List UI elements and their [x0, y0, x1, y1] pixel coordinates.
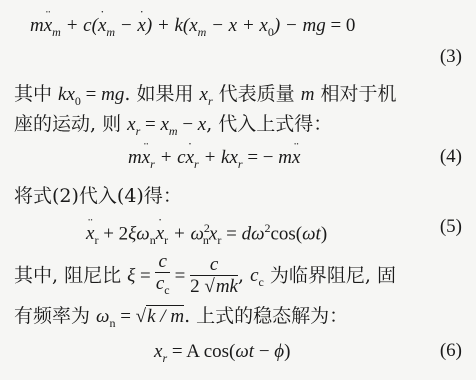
equation-4: mxr + cxr + kxr = − mx	[128, 146, 300, 176]
text-line-4: 其中, 阻尼比 ξ = ccc = c2 √mk, cc 为临界阻尼, 固	[14, 252, 396, 301]
text-line-2: 座的运动, 则 xr = xm − x, 代入上式得：	[14, 112, 332, 143]
fraction-c-over-2sqrtmk: c2 √mk	[190, 255, 238, 298]
equation-number-5: (5)	[440, 216, 462, 238]
fraction-c-over-cc: ccc	[155, 252, 169, 301]
equation-number-3: (3)	[440, 46, 462, 68]
equation-5: xr + 2ξωnxr + ω2nxr = dω2cos(ωt)	[86, 216, 327, 252]
equation-6: xr = A cos(ωt − ϕ)	[154, 340, 290, 370]
text-line-3: 将式(2)代入(4)得：	[14, 184, 182, 208]
text-line-1: 其中 kx0 = mg. 如果用 xr 代表质量 m 相对于机	[14, 82, 396, 113]
equation-number-6: (6)	[440, 340, 462, 362]
equation-number-4: (4)	[440, 146, 462, 168]
text-line-5: 有频率为 ωn = √k / m. 上式的稳态解为：	[14, 304, 348, 335]
equation-3: mxm + c(xm − x) + k(xm − x + x0) − mg = …	[30, 14, 355, 44]
